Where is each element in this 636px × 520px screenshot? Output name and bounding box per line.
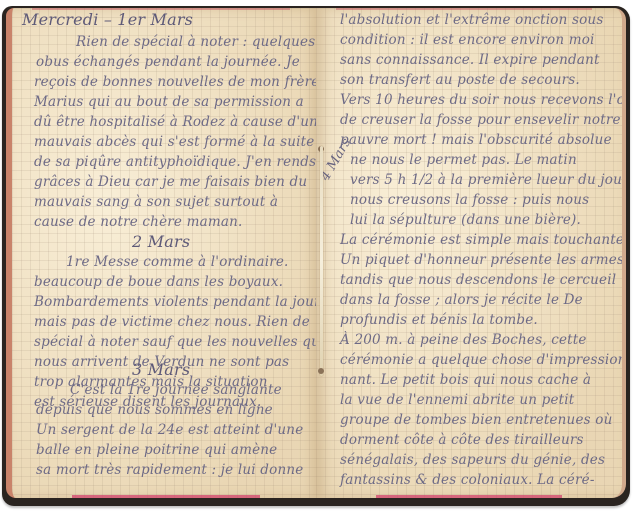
handwritten-line: de creuser la fosse pour ensevelir notre — [340, 112, 621, 128]
handwritten-line: fantassins & des coloniaux. La céré- — [340, 472, 595, 488]
handwritten-line: dû être hospitalisé à Rodez à cause d'un — [34, 114, 318, 130]
handwritten-line: pauvre mort ! mais l'obscurité absolue — [340, 132, 612, 148]
handwritten-line: vers 5 h 1/2 à la première lueur du jour — [350, 172, 626, 188]
handwritten-line: trop alarmantes mais la situation — [34, 374, 268, 390]
handwritten-line: l'absolution et l'extrême onction sous — [340, 12, 603, 28]
page-bottom-edge — [72, 495, 260, 498]
handwritten-line: sénégalais, des sapeurs du génie, des — [340, 452, 605, 468]
handwritten-line: spécial à noter sauf que les nouvelles q… — [34, 334, 320, 350]
handwritten-line: Rien de spécial à noter : quelques — [76, 34, 315, 50]
handwritten-line: lui la sépulture (dans une bière). — [350, 212, 581, 228]
handwritten-line: la vue de l'ennemi abrite un petit — [340, 392, 574, 408]
notebook: Mercredi – 1er Mars Rien de spécial à no… — [2, 6, 630, 506]
handwritten-line: La cérémonie est simple mais touchante. — [340, 232, 626, 248]
handwritten-line: dorment côte à côte des tirailleurs — [340, 432, 584, 448]
handwritten-line: mauvais sang à son sujet surtout à — [34, 194, 278, 210]
entry-heading-1-mars: Mercredi – 1er Mars — [22, 10, 193, 29]
handwritten-line: cérémonie a quelque chose d'impression- — [340, 352, 626, 368]
page-top-edge — [336, 8, 592, 10]
handwritten-line: obus échangés pendant la journée. Je — [36, 54, 300, 70]
handwritten-line: condition : il est encore environ moi — [340, 32, 595, 48]
handwritten-line: 1re Messe comme à l'ordinaire. — [66, 254, 289, 270]
handwritten-line: mais pas de victime chez nous. Rien de — [34, 314, 310, 330]
entry-heading-2-mars: 2 Mars — [132, 232, 190, 251]
left-page: Mercredi – 1er Mars Rien de spécial à no… — [6, 8, 320, 498]
handwritten-line: Vers 10 heures du soir nous recevons l'o… — [340, 92, 626, 108]
handwritten-line: Marius qui au bout de sa permission a — [34, 94, 304, 110]
handwritten-line: reçois de bonnes nouvelles de mon frère — [34, 74, 319, 90]
handwritten-line: groupe de tombes bien entretenues où — [340, 412, 613, 428]
handwritten-line: sans connaissance. Il expire pendant — [340, 52, 600, 68]
handwritten-line: mauvais abcès qui s'est formé à la suite — [34, 134, 314, 150]
right-page: 4 Mars l'absolution et l'extrême onction… — [316, 8, 626, 498]
handwritten-line: nous creusons la fosse : puis nous — [350, 192, 589, 208]
handwritten-line: de sa piqûre antityphoïdique. J'en rends — [34, 154, 316, 170]
handwritten-line: son transfert au poste de secours. — [340, 72, 580, 88]
handwritten-line: est sérieuse disent les journaux. — [34, 394, 261, 410]
binding-hole-icon — [318, 368, 324, 374]
handwritten-line: ne nous le permet pas. Le matin — [350, 152, 577, 168]
handwritten-line: grâces à Dieu car je me faisais bien du — [34, 174, 307, 190]
handwritten-line: Un piquet d'honneur présente les armes — [340, 252, 624, 268]
handwritten-line: À 200 m. à peine des Boches, cette — [340, 332, 587, 348]
handwritten-line: nous arrivent de Verdun ne sont pas — [34, 354, 289, 370]
handwritten-line: beaucoup de boue dans les boyaux. — [34, 274, 283, 290]
page-bottom-edge — [376, 495, 562, 498]
handwritten-line: Bombardements violents pendant la journé… — [34, 294, 320, 310]
handwritten-line: nant. Le petit bois qui nous cache à — [340, 372, 591, 388]
binding-thread — [320, 146, 323, 376]
handwritten-line: profundis et bénis la tombe. — [340, 312, 538, 328]
handwritten-line: cause de notre chère maman. — [34, 214, 242, 230]
handwritten-line: dans la fosse ; alors je récite le De — [340, 292, 583, 308]
handwritten-line: tandis que nous descendons le cercueil — [340, 272, 616, 288]
